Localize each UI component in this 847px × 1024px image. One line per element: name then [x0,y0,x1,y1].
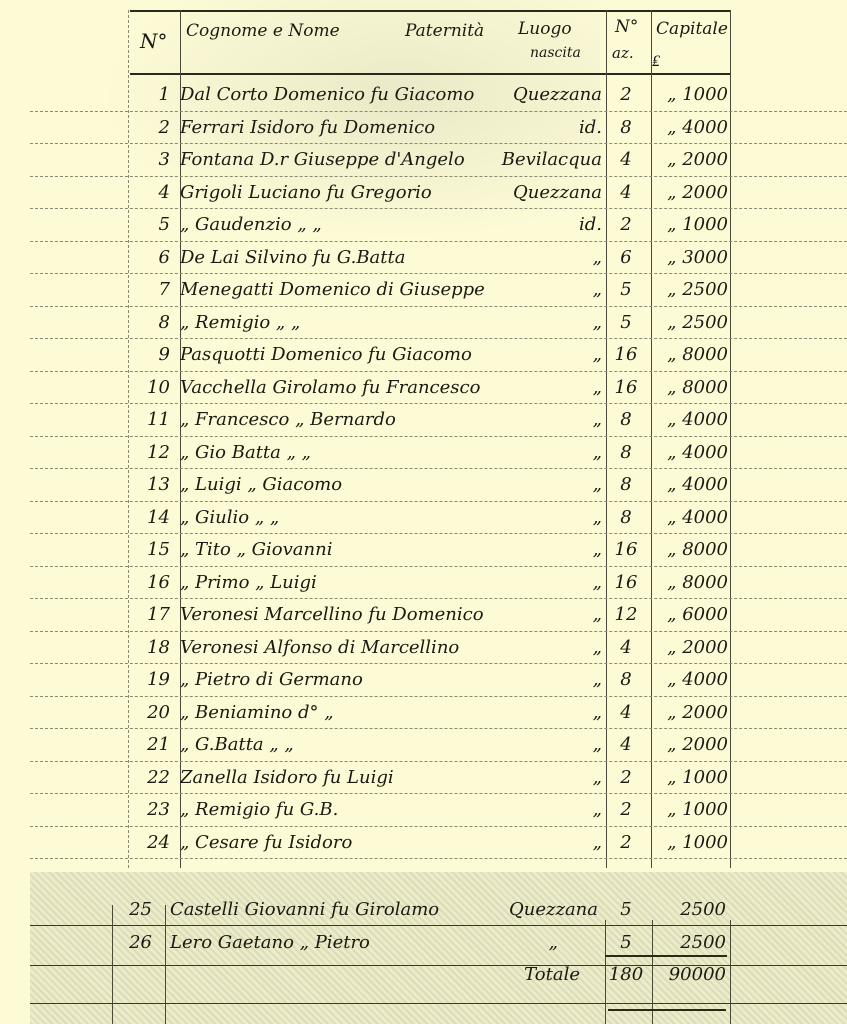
row-number: 1 [128,84,170,105]
row-number: 21 [128,734,170,755]
row-number: 8 [128,312,170,333]
row-birthplace: „ [470,344,602,365]
row-name: „ Tito „ Giovanni [180,539,510,560]
row-shares: 2 [606,84,646,105]
row-name: Veronesi Marcellino fu Domenico [180,604,510,625]
row-birthplace: „ [470,734,602,755]
row-birthplace: „ [460,932,558,953]
row-capital: „ 8000 [652,377,728,398]
row-name: Menegatti Domenico di Giuseppe [180,279,510,300]
row-number: 3 [128,149,170,170]
row-number: 26 [112,932,152,953]
row-shares: 2 [606,832,646,853]
row-birthplace: „ [470,279,602,300]
table-row: 17Veronesi Marcellino fu Domenico„12„ 60… [0,600,847,632]
row-capital: „ 2000 [652,734,728,755]
row-capital: „ 1000 [652,832,728,853]
table-row: 2Ferrari Isidoro fu Domenicoid.8„ 4000 [0,113,847,145]
row-capital: „ 8000 [652,539,728,560]
row-name: „ Cesare fu Isidoro [180,832,510,853]
row-birthplace: „ [470,702,602,723]
row-shares: 16 [606,572,646,593]
row-shares: 16 [606,539,646,560]
row-name: Veronesi Alfonso di Marcellino [180,637,510,658]
header-shares-1: N° [615,18,638,36]
row-birthplace: id. [470,117,602,138]
table-row: 14„ Giulio „ „„8„ 4000 [0,503,847,535]
row-name: „ Primo „ Luigi [180,572,510,593]
row-shares: 5 [606,312,646,333]
row-capital: „ 1000 [652,84,728,105]
row-capital: „ 2000 [652,182,728,203]
row-birthplace: Quezzana [460,899,598,920]
row-name: De Lai Silvino fu G.Batta [180,247,510,268]
row-birthplace: „ [470,377,602,398]
row-number: 20 [128,702,170,723]
row-shares: 5 [606,279,646,300]
table-row: 21„ G.Batta „ „„4„ 2000 [0,730,847,762]
row-shares: 8 [606,669,646,690]
table-row: 19„ Pietro di Germano„8„ 4000 [0,665,847,697]
row-name: Pasquotti Domenico fu Giacomo [180,344,510,365]
row-number: 5 [128,214,170,235]
appended-row: 26 Lero Gaetano „ Pietro „ 5 2500 [0,928,847,960]
row-number: 4 [128,182,170,203]
row-shares: 12 [606,604,646,625]
row-name: „ Gio Batta „ „ [180,442,510,463]
row-birthplace: „ [470,572,602,593]
row-shares: 5 [606,932,646,953]
total-underline [608,1009,726,1011]
table-row: 16„ Primo „ Luigi„16„ 8000 [0,568,847,600]
row-birthplace: „ [470,604,602,625]
row-number: 11 [128,409,170,430]
header-birthplace-1: Luogo [518,20,572,38]
row-shares: 16 [606,344,646,365]
row-number: 23 [128,799,170,820]
header-capital: Capitale [656,20,728,38]
header-top-rule [130,10,730,12]
row-shares: 8 [606,409,646,430]
row-capital: „ 3000 [652,247,728,268]
table-row: 20„ Beniamino d° „„4„ 2000 [0,698,847,730]
table-row: 15„ Tito „ Giovanni„16„ 8000 [0,535,847,567]
row-number: 16 [128,572,170,593]
row-shares: 4 [606,182,646,203]
row-number: 7 [128,279,170,300]
row-number: 25 [112,899,152,920]
table-row: 3Fontana D.r Giuseppe d'AngeloBevilacqua… [0,145,847,177]
row-birthplace: id. [470,214,602,235]
row-shares: 4 [606,702,646,723]
table-row: 22Zanella Isidoro fu Luigi„2„ 1000 [0,763,847,795]
row-name: Grigoli Luciano fu Gregorio [180,182,510,203]
row-name: Vacchella Girolamo fu Francesco [180,377,510,398]
row-name: Lero Gaetano „ Pietro [170,932,500,953]
row-capital: „ 8000 [652,344,728,365]
row-birthplace: „ [470,442,602,463]
header-bottom-rule [130,73,730,75]
row-birthplace: „ [470,669,602,690]
footer-rule-3 [30,1003,847,1004]
row-capital: 2500 [652,932,726,953]
row-birthplace: „ [470,767,602,788]
row-capital: „ 8000 [652,572,728,593]
row-capital: 2500 [652,899,726,920]
row-name: „ Remigio „ „ [180,312,510,333]
row-birthplace: „ [470,832,602,853]
row-capital: „ 4000 [652,507,728,528]
appended-row: 25 Castelli Giovanni fu Girolamo Quezzan… [0,895,847,927]
row-name: „ Gaudenzio „ „ [180,214,510,235]
row-number: 24 [128,832,170,853]
table-row: 23„ Remigio fu G.B.„2„ 1000 [0,795,847,827]
row-number: 18 [128,637,170,658]
row-shares: 4 [606,637,646,658]
row-name: „ Francesco „ Bernardo [180,409,510,430]
header-name: Cognome e Nome [186,22,340,40]
table-row: 24„ Cesare fu Isidoro„2„ 1000 [0,828,847,860]
row-number: 13 [128,474,170,495]
row-number: 2 [128,117,170,138]
row-capital: „ 2500 [652,312,728,333]
row-shares: 4 [606,149,646,170]
row-shares: 16 [606,377,646,398]
row-birthplace: „ [470,539,602,560]
row-number: 22 [128,767,170,788]
row-shares: 8 [606,117,646,138]
row-name: Zanella Isidoro fu Luigi [180,767,510,788]
row-number: 9 [128,344,170,365]
row-name: Dal Corto Domenico fu Giacomo [180,84,510,105]
row-birthplace: „ [470,507,602,528]
table-row: 18Veronesi Alfonso di Marcellino„4„ 2000 [0,633,847,665]
row-capital: „ 1000 [652,799,728,820]
row-capital: „ 6000 [652,604,728,625]
table-row: 5„ Gaudenzio „ „id.2„ 1000 [0,210,847,242]
row-capital: „ 2000 [652,702,728,723]
row-birthplace: Quezzana [470,84,602,105]
row-capital: „ 4000 [652,409,728,430]
table-row: 1Dal Corto Domenico fu GiacomoQuezzana2„… [0,80,847,112]
table-row: 7Menegatti Domenico di Giuseppe„5„ 2500 [0,275,847,307]
total-shares: 180 [606,964,646,985]
row-name: Fontana D.r Giuseppe d'Angelo [180,149,510,170]
row-name: „ Pietro di Germano [180,669,510,690]
total-label: Totale [480,964,580,985]
row-birthplace: „ [470,312,602,333]
row-birthplace: Bevilacqua [470,149,602,170]
row-name: „ Luigi „ Giacomo [180,474,510,495]
row-shares: 5 [606,899,646,920]
table-row: 4Grigoli Luciano fu GregorioQuezzana4„ 2… [0,178,847,210]
row-number: 17 [128,604,170,625]
row-birthplace: „ [470,474,602,495]
table-row: 10Vacchella Girolamo fu Francesco„16„ 80… [0,373,847,405]
row-birthplace: „ [470,247,602,268]
row-capital: „ 4000 [652,669,728,690]
header-currency: ₤ [652,52,660,70]
row-shares: 2 [606,767,646,788]
ledger-page: N° Cognome e Nome Paternità Luogo nascit… [0,0,847,1024]
row-shares: 4 [606,734,646,755]
row-capital: „ 1000 [652,214,728,235]
row-capital: „ 1000 [652,767,728,788]
row-shares: 2 [606,214,646,235]
table-row: 6De Lai Silvino fu G.Batta„6„ 3000 [0,243,847,275]
row-number: 6 [128,247,170,268]
total-row: Totale 180 90000 [0,960,847,992]
row-shares: 8 [606,474,646,495]
header-birthplace-2: nascita [530,44,581,62]
row-birthplace: „ [470,409,602,430]
row-name: „ Remigio fu G.B. [180,799,510,820]
table-row: 9Pasquotti Domenico fu Giacomo„16„ 8000 [0,340,847,372]
row-name: „ Giulio „ „ [180,507,510,528]
row-number: 12 [128,442,170,463]
row-number: 14 [128,507,170,528]
header-no: N° [140,32,168,50]
row-birthplace: Quezzana [470,182,602,203]
row-capital: „ 2000 [652,149,728,170]
row-shares: 8 [606,507,646,528]
row-capital: „ 2500 [652,279,728,300]
row-shares: 8 [606,442,646,463]
total-capital: 90000 [652,964,726,985]
table-row: 11„ Francesco „ Bernardo„8„ 4000 [0,405,847,437]
table-row: 8„ Remigio „ „„5„ 2500 [0,308,847,340]
row-capital: „ 4000 [652,474,728,495]
row-number: 19 [128,669,170,690]
row-name: Ferrari Isidoro fu Domenico [180,117,510,138]
row-name: „ G.Batta „ „ [180,734,510,755]
row-capital: „ 2000 [652,637,728,658]
row-capital: „ 4000 [652,442,728,463]
row-birthplace: „ [470,799,602,820]
row-number: 10 [128,377,170,398]
header-paternity: Paternità [405,22,484,40]
header-shares-2: az. [612,44,634,62]
table-row: 12„ Gio Batta „ „„8„ 4000 [0,438,847,470]
row-number: 15 [128,539,170,560]
row-shares: 6 [606,247,646,268]
row-shares: 2 [606,799,646,820]
row-name: Castelli Giovanni fu Girolamo [170,899,500,920]
row-birthplace: „ [470,637,602,658]
row-name: „ Beniamino d° „ [180,702,510,723]
row-capital: „ 4000 [652,117,728,138]
table-row: 13„ Luigi „ Giacomo„8„ 4000 [0,470,847,502]
